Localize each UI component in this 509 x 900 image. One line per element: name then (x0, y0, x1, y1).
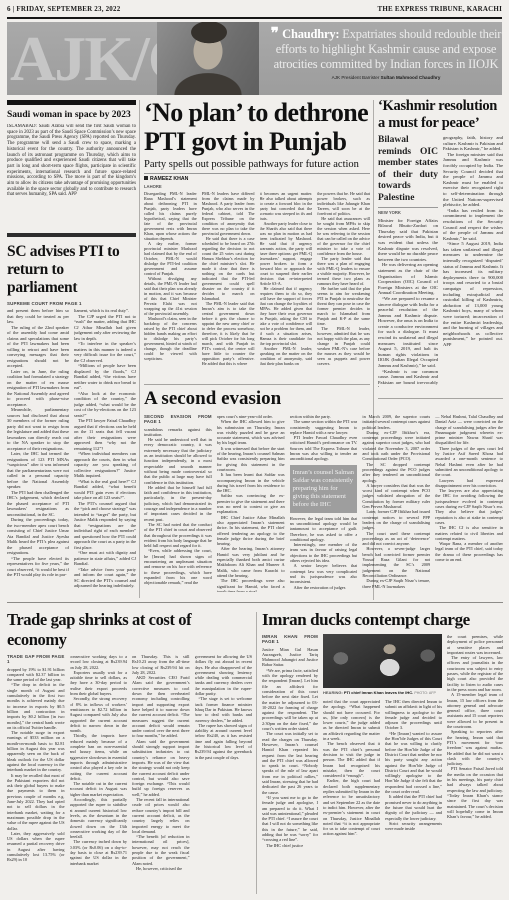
imran-photo-block: HEARING: PTI chief Imran Khan leaves the… (323, 634, 442, 880)
article-column: the court premises, while deployment of … (447, 634, 503, 880)
kashmir-body: Bilawal reminds OIC member states of the… (378, 135, 503, 387)
divider (144, 173, 370, 174)
sc-body: and present them before him so that they… (7, 308, 136, 604)
folio-date: 6 | FRIDAY, SEPTEMBER 23, 2022 (7, 5, 120, 13)
imran-courthouse-photo (323, 634, 442, 688)
folio-rule (7, 17, 502, 19)
imran-kicker: IMRAN KHAN FROM PAGE 1 (262, 634, 318, 645)
imran-body: IMRAN KHAN FROM PAGE 1 Justice Mian Gul … (262, 634, 503, 880)
evasion-col1-text: scandalous remarks against this institut… (144, 427, 212, 586)
trade-col1-text: dropped by 19% to $1.91 billion compared… (7, 667, 65, 863)
masthead-quote: ❞ Chaudhry: Expatriates should redouble … (263, 27, 502, 80)
noplan-byline: RAMEEZ KHAN (144, 176, 370, 182)
section-bar (7, 233, 136, 237)
saudi-headline: Saudi woman in space by 2023 (7, 110, 136, 121)
article-column: The IHC then directed Imran to submit an… (385, 699, 442, 880)
imran-photo-caption: HEARING: PTI chief Imran Khan leaves the… (323, 690, 442, 696)
kashmir-dateline: NEW YORK (378, 210, 438, 216)
caption-text: PTI chief Imran Khan leaves the IHC. (344, 690, 414, 695)
article-column: PML-N leaders have differed from the cla… (202, 191, 255, 377)
saudi-body: ISLAMABAD: Saudi Arabia will send the fi… (7, 124, 136, 230)
article-column: IMRAN KHAN FROM PAGE 1 Justice Mian Gul … (262, 634, 318, 880)
article-column: SECOND EVASION FROM PAGE 1 scandalous re… (144, 414, 212, 592)
kashmir-col1-text: Minister for Foreign Affairs Bilawal Bhu… (378, 218, 438, 387)
folio-publication: THE EXPRESS TRIBUNE, KARACHI (378, 5, 503, 13)
caption-label: HEARING: (323, 690, 344, 695)
evasion-pullquote: Imran’s counsel Salman Safdar was consis… (290, 465, 358, 513)
article-column: government for allowing the US dollars f… (195, 654, 253, 896)
article-column: and present them before him so that they… (7, 308, 69, 604)
sc-headline: SC advises PTI to return to parliament (7, 243, 136, 297)
attribution-name: Sultan Mahmood Chaudhry (381, 75, 441, 80)
article-imran-contempt: Imran ducks contempt charge IMRAN KHAN F… (262, 610, 503, 880)
imran-col1-text: Justice Mian Gul Hasan Aurangzeb, Justic… (262, 647, 318, 848)
sc-kicker: SUPREME COURT FROM PAGE 1 (7, 301, 136, 306)
article-kashmir-resolution: ‘Kashmir resolution a must for peace’ Bi… (378, 98, 503, 387)
quote-speaker: Chaudhry: (282, 27, 342, 41)
article-column: Disregarding PML-N leader Rana Mashood’s… (144, 191, 197, 377)
article-no-plan-dethrone: ‘No plan’ to dethrone PTI govt in Punjab… (144, 98, 370, 377)
masthead-portrait-photo (157, 22, 259, 95)
article-column: — Nehal Hashmi, Talal Chaudhry and Dania… (435, 414, 503, 592)
section-divider (7, 602, 503, 603)
evasion-col3-top: section within the party.The same sectio… (290, 414, 358, 462)
byline-bullet-icon (144, 176, 148, 180)
article-column: apex court’s nine-year-old order.When th… (217, 414, 285, 592)
evasion-col3-bottom: However, the legal team told him that an… (290, 516, 358, 590)
article-column: section within the party.The same sectio… (290, 414, 358, 592)
column-divider (256, 612, 257, 894)
article-column: geography, faith, history and culture. K… (443, 135, 503, 387)
newspaper-page: 6 | FRIDAY, SEPTEMBER 23, 2022 THE EXPRE… (0, 0, 509, 900)
article-second-evasion: A second evasion SECOND EVASION FROM PAG… (144, 388, 503, 592)
evasion-kicker: SECOND EVASION FROM PAGE 1 (144, 414, 212, 425)
divider (378, 207, 438, 208)
article-column: consecutive working days to a record low… (70, 654, 128, 896)
divider (144, 384, 370, 385)
quote-attribution: AJK President Barrister Sultan Mahmood C… (263, 75, 502, 80)
kashmir-headline: ‘Kashmir resolution a must for peace’ (378, 98, 503, 132)
quote-text: ❞ Chaudhry: Expatriates should redouble … (263, 27, 502, 72)
noplan-body: Disregarding PML-N leader Rana Mashood’s… (144, 191, 370, 377)
kashmir-subhead: Bilawal reminds OIC member states of the… (378, 135, 438, 204)
article-column: Bilawal reminds OIC member states of the… (378, 135, 438, 387)
noplan-headline: ‘No plan’ to dethrone PTI govt in Punjab (144, 98, 370, 156)
article-saudi-woman-space: Saudi woman in space by 2023 ISLAMABAD: … (7, 107, 136, 230)
article-column: TRADE GAP FROM PAGE 1 dropped by 19% to … (7, 654, 65, 896)
article-column: the powers that be. He said that power b… (317, 191, 370, 377)
noplan-dateline: LAHORE (144, 184, 370, 189)
article-sc-advises-pti: SC advises PTI to return to parliament S… (7, 243, 136, 604)
attribution-prefix: AJK President Barrister (332, 75, 381, 80)
article-column: noted that the court appreciated the apo… (323, 699, 380, 880)
evasion-body: SECOND EVASION FROM PAGE 1 scandalous re… (144, 414, 503, 592)
trade-kicker: TRADE GAP FROM PAGE 1 (7, 654, 65, 665)
column-divider (139, 100, 140, 598)
photo-credit: PHOTO: AFP (414, 691, 436, 695)
noplan-subhead: Party spells out possible pathways for f… (144, 159, 370, 171)
article-column: in March 2009, the superior courts initi… (362, 414, 430, 592)
article-trade-gap: Trade gap shrinks at cost of economy TRA… (7, 610, 252, 896)
section-masthead: AJK/GB ❞ Chaudhry: Expatriates should re… (7, 22, 502, 95)
article-column: it becomes an urgent matter. He also tal… (260, 191, 313, 377)
imran-headline: Imran ducks contempt charge (262, 610, 503, 630)
quote-mark-icon: ❞ (271, 26, 282, 42)
evasion-headline: A second evasion (144, 388, 503, 410)
imran-subcolumns: noted that the court appreciated the apo… (323, 699, 442, 880)
section-bar (7, 100, 136, 105)
trade-body: TRADE GAP FROM PAGE 1 dropped by 19% to … (7, 654, 252, 896)
trade-headline: Trade gap shrinks at cost of economy (7, 610, 252, 650)
article-column: on Thursday. This is still Rs10.23 away … (132, 654, 190, 896)
article-column: liament, which is its real duty”.The CJP… (74, 308, 136, 604)
